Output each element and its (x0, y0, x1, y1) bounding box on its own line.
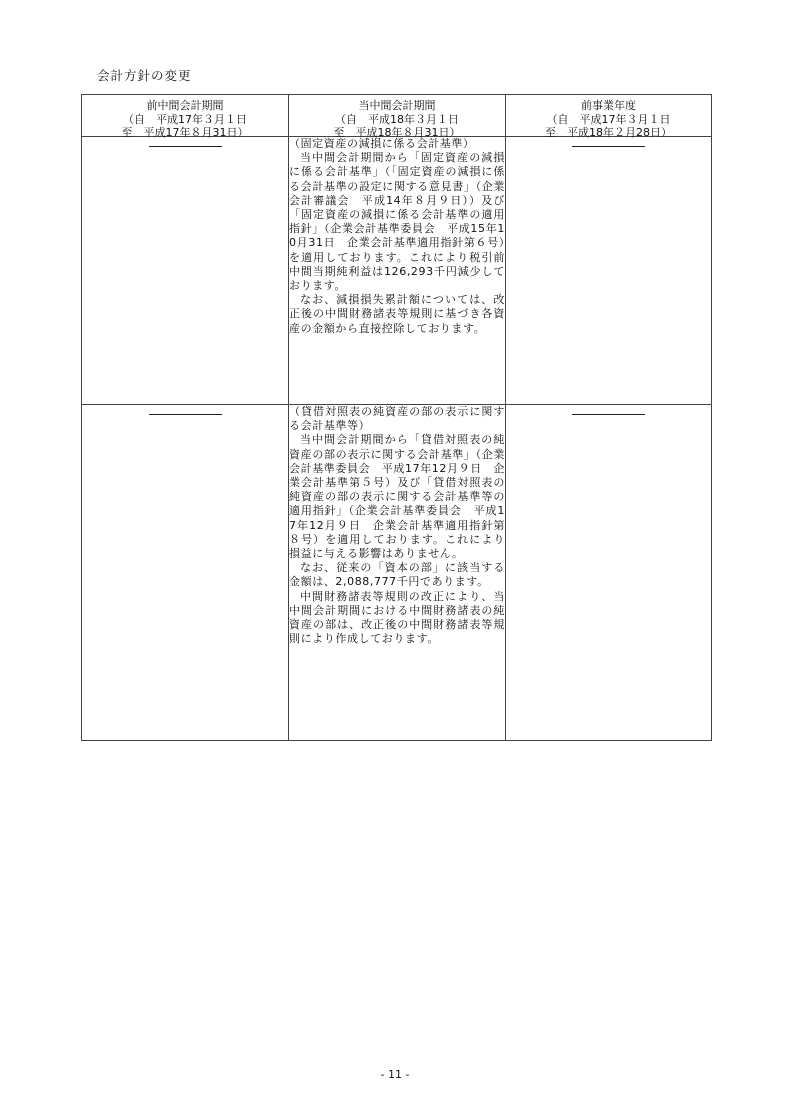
header-from-date: （自 平成17年３月１日 (506, 113, 711, 127)
cell-current-interim: （貸借対照表の純資産の部の表示に関する会計基準等） 当中間会計期間から「貸借対照… (289, 405, 506, 741)
cell-previous-fiscal-year (506, 405, 712, 741)
cell-previous-fiscal-year (506, 137, 712, 405)
policy-heading: （固定資産の減損に係る会計基準） (289, 137, 505, 151)
policy-paragraph: なお、減損損失累計額については、改正後の中間財務諸表等規則に基づき各資産の金額か… (289, 293, 505, 336)
header-from-date: （自 平成18年３月１日 (289, 113, 505, 127)
header-title: 前中間会計期間 (82, 99, 288, 113)
cell-previous-interim (82, 405, 289, 741)
not-applicable-dash (149, 146, 222, 147)
header-title: 前事業年度 (506, 99, 711, 113)
header-title: 当中間会計期間 (289, 99, 505, 113)
not-applicable-dash (572, 146, 645, 147)
policy-paragraph: 当中間会計期間から「貸借対照表の純資産の部の表示に関する会計基準」（企業会計基準… (289, 433, 505, 561)
header-from-date: （自 平成17年３月１日 (82, 113, 288, 127)
not-applicable-dash (572, 414, 645, 415)
policy-paragraph: 当中間会計期間から「固定資産の減損に係る会計基準」（「固定資産の減損に係る会計基… (289, 151, 505, 293)
cell-previous-interim (82, 137, 289, 405)
table-row: （固定資産の減損に係る会計基準） 当中間会計期間から「固定資産の減損に係る会計基… (82, 137, 712, 405)
policy-heading: （貸借対照表の純資産の部の表示に関する会計基準等） (289, 405, 505, 433)
cell-current-interim: （固定資産の減損に係る会計基準） 当中間会計期間から「固定資産の減損に係る会計基… (289, 137, 506, 405)
not-applicable-dash (149, 414, 222, 415)
policy-paragraph: 中間財務諸表等規則の改正により、当中間会計期間における中間財務諸表の純資産の部は… (289, 590, 505, 647)
table-row: （貸借対照表の純資産の部の表示に関する会計基準等） 当中間会計期間から「貸借対照… (82, 405, 712, 741)
header-previous-fiscal-year: 前事業年度 （自 平成17年３月１日 至 平成18年２月28日） (506, 95, 712, 137)
header-current-interim: 当中間会計期間 （自 平成18年３月１日 至 平成18年８月31日） (289, 95, 506, 137)
policy-paragraph: なお、従来の「資本の部」に該当する金額は、2,088,777千円であります。 (289, 561, 505, 589)
page-number: - 11 - (0, 1068, 790, 1081)
header-previous-interim: 前中間会計期間 （自 平成17年３月１日 至 平成17年８月31日） (82, 95, 289, 137)
accounting-policy-change-table: 前中間会計期間 （自 平成17年３月１日 至 平成17年８月31日） 当中間会計… (81, 94, 712, 741)
section-title: 会計方針の変更 (97, 66, 192, 84)
header-row: 前中間会計期間 （自 平成17年３月１日 至 平成17年８月31日） 当中間会計… (82, 95, 712, 137)
